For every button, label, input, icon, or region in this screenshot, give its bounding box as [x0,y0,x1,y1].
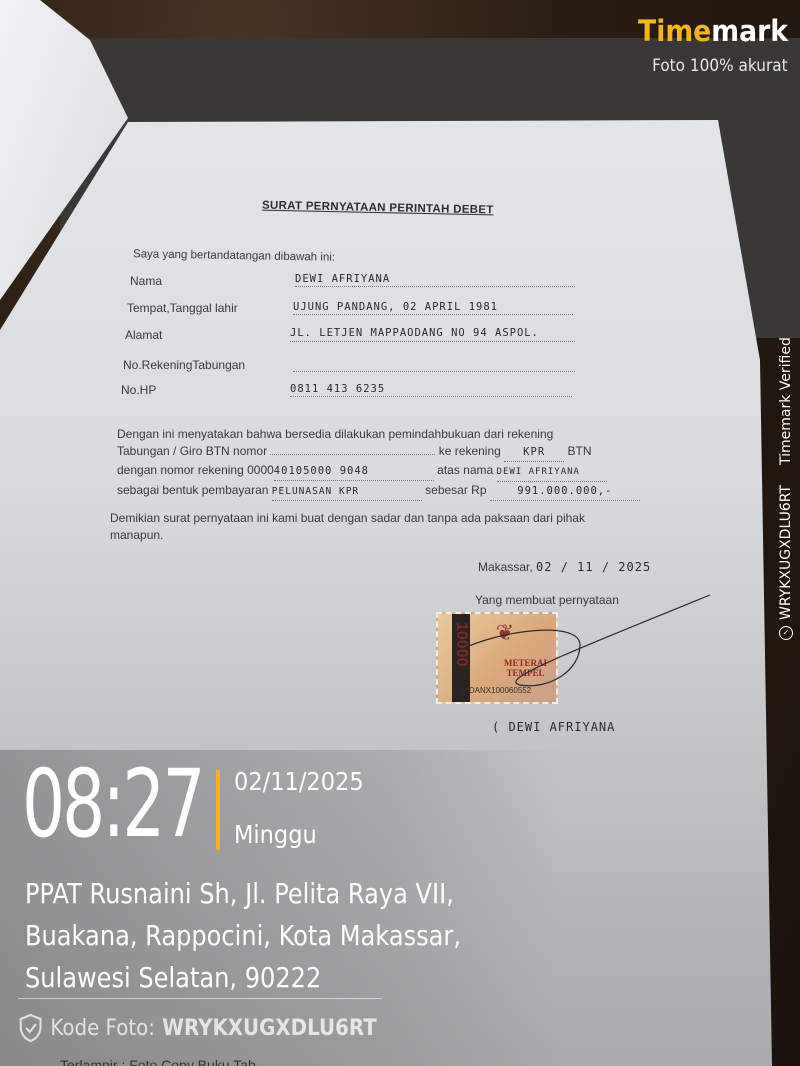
field-value-ttl: UJUNG PANDANG, 02 APRIL 1981 [293,300,573,315]
field-value-hp: 0811 413 6235 [290,382,572,397]
intro-text: Saya yang bertandatangan dibawah ini: [133,248,335,264]
signature-scribble [440,590,720,700]
shield-check-icon [18,1013,43,1043]
field-value-nama: DEWI AFRIYANA [295,272,575,287]
place-date: Makassar, 02 / 11 / 2025 [478,559,651,576]
vertical-verification: ✓ WRYKXUGXDLU6RT Timemark Verified [778,337,794,640]
field-label-nama: Nama [130,274,162,288]
signer-name: ( DEWI AFRIYANA [492,720,615,734]
closing-paragraph: Demikian surat pernyataan ini kami buat … [110,510,700,544]
overlay-time: 08:27 [22,758,203,852]
field-value-alamat: JL. LETJEN MAPPAODANG NO 94 ASPOL. [290,327,575,342]
timemark-tagline: Foto 100% akurat [652,56,788,76]
time-divider-bar [216,770,220,850]
field-value-rekening [293,357,575,372]
overlay-date: 02/11/2025 [234,767,364,796]
overlay-address: PPAT Rusnaini Sh, Jl. Pelita Raya VII, B… [25,873,461,999]
overlay-day: Minggu [234,820,317,849]
field-label-rekening: No.RekeningTabungan [123,358,245,372]
verified-badge-icon: ✓ [779,626,793,640]
document-title: SURAT PERNYATAAN PERINTAH DEBET [262,200,494,217]
cutoff-document-text: Terlampir : Foto Copy Buku Tab... [60,1057,268,1066]
overlay-divider [18,998,382,999]
field-label-hp: No.HP [121,383,156,397]
field-label-ttl: Tempat,Tanggal lahir [127,301,238,315]
timemark-logo: Timemark [638,14,788,48]
photo-code-row: Kode Foto: WRYKXUGXDLU6RT [18,1013,377,1043]
statement-paragraph: Dengan ini menyatakan bahwa bersedia dil… [117,426,687,501]
field-label-alamat: Alamat [125,328,162,342]
